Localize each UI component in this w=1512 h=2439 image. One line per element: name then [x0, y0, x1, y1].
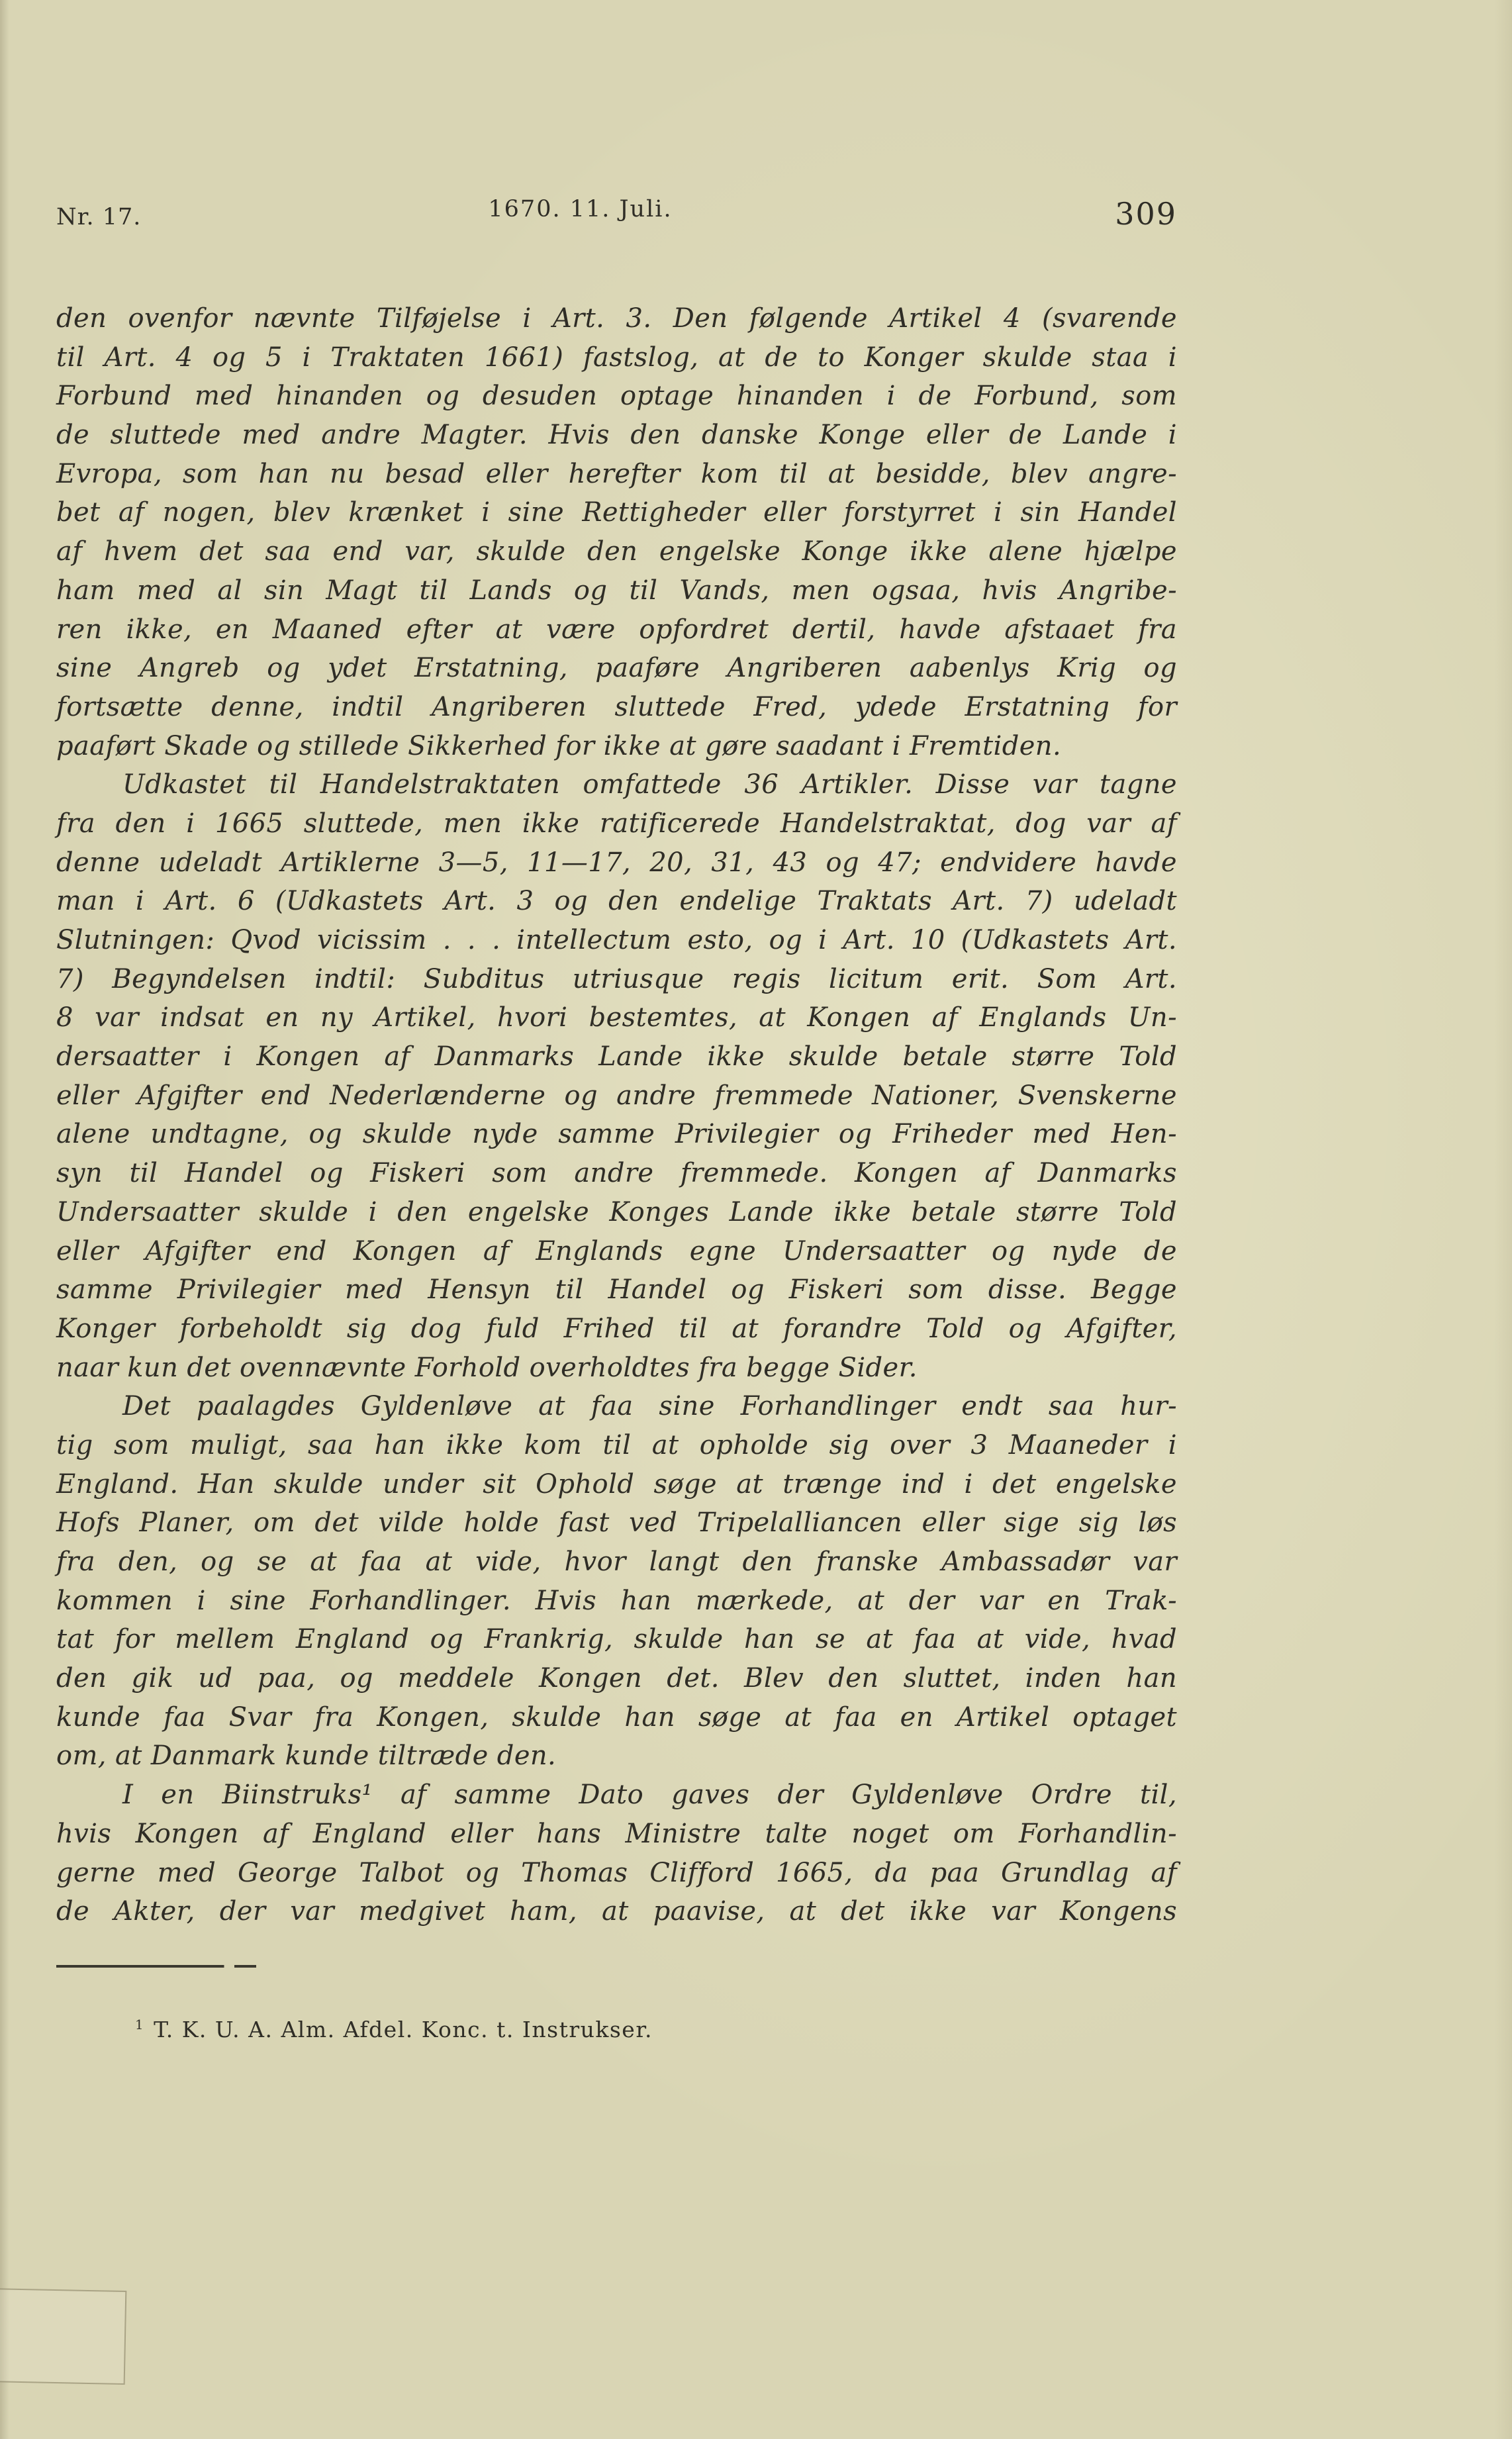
body-line: fortsætte denne, indtil Angriberen slutt…: [56, 688, 1177, 727]
footnote-text: T. K. U. A. Alm. Afdel. Konc. t. Instruk…: [154, 2017, 653, 2042]
body-line: alene undtagne, og skulde nyde samme Pri…: [56, 1115, 1177, 1154]
body-line: denne udeladt Artiklerne 3—5, 11—17, 20,…: [56, 843, 1177, 883]
body-line: hvis Kongen af England eller hans Minist…: [56, 1815, 1177, 1854]
body-line: Forbund med hinanden og desuden optage h…: [56, 377, 1177, 416]
body-line: Det paalagdes Gyldenløve at faa sine For…: [56, 1387, 1177, 1426]
body-line: om, at Danmark kunde tiltræde den.: [56, 1737, 1177, 1776]
body-line: tat for mellem England og Frankrig, skul…: [56, 1620, 1177, 1659]
body-line: Slutningen: Qvod vicissim . . . intellec…: [56, 921, 1177, 960]
body-line: England. Han skulde under sit Ophold søg…: [56, 1465, 1177, 1504]
body-line: fra den i 1665 sluttede, men ikke ratifi…: [56, 804, 1177, 843]
body-line: Konger forbeholdt sig dog fuld Frihed ti…: [56, 1310, 1177, 1349]
scanned-page: { "colors": { "paper": "#d9d5b4", "ink":…: [0, 0, 1512, 2439]
body-line: kunde faa Svar fra Kongen, skulde han sø…: [56, 1698, 1177, 1737]
footnote: 1T. K. U. A. Alm. Afdel. Konc. t. Instru…: [135, 2017, 653, 2042]
header-date: 1670. 11. Juli.: [56, 196, 1104, 222]
body-line: gerne med George Talbot og Thomas Cliffo…: [56, 1854, 1177, 1893]
body-line: sine Angreb og ydet Erstatning, paaføre …: [56, 649, 1177, 688]
body-line: Hofs Planer, om det vilde holde fast ved…: [56, 1504, 1177, 1543]
body-line: dersaatter i Kongen af Danmarks Lande ik…: [56, 1037, 1177, 1076]
page-header: Nr. 17. 1670. 11. Juli. 309: [56, 196, 1177, 232]
page-number: 309: [1115, 196, 1177, 232]
body-line: eller Afgifter end Nederlænderne og andr…: [56, 1076, 1177, 1116]
body-line: bet af nogen, blev krænket i sine Rettig…: [56, 493, 1177, 532]
body-line: I en Biinstruks¹ af samme Dato gaves der…: [56, 1776, 1177, 1815]
body-line: Udkastet til Handelstraktaten omfattede …: [56, 765, 1177, 804]
body-line: Evropa, som han nu besad eller herefter …: [56, 455, 1177, 494]
body-line: naar kun det ovennævnte Forhold overhold…: [56, 1349, 1177, 1388]
body-line: den ovenfor nævnte Tilføjelse i Art. 3. …: [56, 299, 1177, 338]
body-line: den gik ud paa, og meddele Kongen det. B…: [56, 1659, 1177, 1698]
body-line: fra den, og se at faa at vide, hvor lang…: [56, 1543, 1177, 1582]
body-line: til Art. 4 og 5 i Traktaten 1661) fastsl…: [56, 338, 1177, 377]
body-line: samme Privilegier med Hensyn til Handel …: [56, 1270, 1177, 1310]
body-line: de Akter, der var medgivet ham, at paavi…: [56, 1892, 1177, 1931]
body-line: 8 var indsat en ny Artikel, hvori bestem…: [56, 998, 1177, 1037]
body-line: 7) Begyndelsen indtil: Subditus utriusqu…: [56, 960, 1177, 999]
body-line: Undersaatter skulde i den engelske Konge…: [56, 1193, 1177, 1232]
body-line: de sluttede med andre Magter. Hvis den d…: [56, 416, 1177, 455]
footnote-marker: 1: [135, 2017, 144, 2032]
body-line: ham med al sin Magt til Lands og til Van…: [56, 571, 1177, 610]
body-line: man i Art. 6 (Udkastets Art. 3 og den en…: [56, 882, 1177, 921]
body-line: af hvem det saa end var, skulde den enge…: [56, 532, 1177, 571]
body-text: den ovenfor nævnte Tilføjelse i Art. 3. …: [56, 299, 1177, 1931]
body-line: eller Afgifter end Kongen af Englands eg…: [56, 1232, 1177, 1271]
body-line: ren ikke, en Maaned efter at være opford…: [56, 610, 1177, 649]
body-line: kommen i sine Forhandlinger. Hvis han mæ…: [56, 1582, 1177, 1621]
footnote-separator: [56, 1965, 256, 1968]
body-line: paaført Skade og stillede Sikkerhed for …: [56, 727, 1177, 766]
body-line: syn til Handel og Fiskeri som andre frem…: [56, 1154, 1177, 1193]
embossed-stamp-artifact: [0, 2288, 126, 2385]
body-line: tig som muligt, saa han ikke kom til at …: [56, 1426, 1177, 1465]
